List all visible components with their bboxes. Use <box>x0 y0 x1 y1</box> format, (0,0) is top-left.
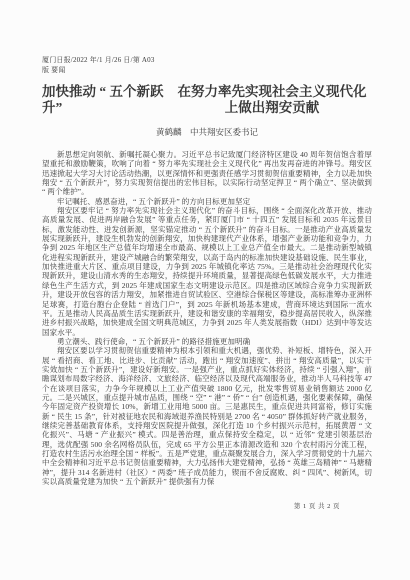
article-content: 厦门日报/2022 年/1 月/26 日/第 A03 版 要闻 加快推动 “ 五… <box>0 0 410 486</box>
article-title: 加快推动 “ 五个新跃升” 在努力率先实现社会主义现代化上做出翔安贡献 <box>42 84 372 115</box>
subheading-direction-goals: 牢记嘱托、感恩奋进，“ 五个新跃升” 的方向目标更加坚定 <box>42 197 372 206</box>
article-title-right: 在努力率先实现社会主义现代化上做出翔安贡献 <box>176 84 368 115</box>
article-body: 新思想定向领航、新嘱托凝心聚力。习近平总书记致厦门经济特区建设 40 周年贺信饱… <box>42 150 372 486</box>
article-title-left: 加快推动 “ 五个新跃升” <box>42 84 176 115</box>
page-number-footer: 第 1 页 共 2 页 <box>294 501 340 510</box>
section-line: 版 要闻 <box>42 66 372 76</box>
masthead: 厦门日报/2022 年/1 月/26 日/第 A03 版 要闻 <box>42 56 372 75</box>
publication-date-line: 厦门日报/2022 年/1 月/26 日/第 A03 <box>42 56 372 66</box>
subheading-path-measures: 勇立潮头、践行使命，“ 五个新跃升” 的路径措施更加明确 <box>42 337 372 346</box>
paragraph-five-leaps-goals: 翔安区要牢记 “ 努力率先实现社会主义现代化” 的奋斗目标，围绕 “ 全面深化改… <box>42 206 372 337</box>
newspaper-article-page: 厦门日报/2022 年/1 月/26 日/第 A03 版 要闻 加快推动 “ 五… <box>0 0 410 580</box>
paragraph-intro: 新思想定向领航、新嘱托凝心聚力。习近平总书记致厦门经济特区建设 40 周年贺信饱… <box>42 150 372 197</box>
byline: 黄鹤麟 中共翔安区委书记 <box>42 127 372 137</box>
paragraph-five-leaps-measures: 翔安区要以学习贯彻贺信重要精神为根本引领和重大机遇，强优势、补短板、增特色，深入… <box>42 346 372 486</box>
